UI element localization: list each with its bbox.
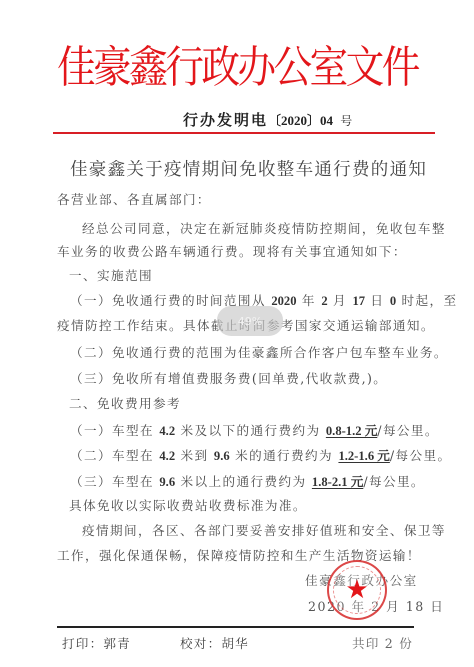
zoom-indicator: 49% — [217, 306, 283, 336]
section2-heading: 二、免收费用参考 — [69, 393, 181, 412]
doc-number-suffix: 号 — [340, 114, 354, 128]
intro-paragraph-line2: 车业务的收费公路车辆通行费。现将有关事宜通知如下： — [57, 241, 407, 260]
section1-heading: 一、实施范围 — [69, 265, 153, 284]
section1-item3: （三）免收所有增值费服务费(回单费,代收款费,)。 — [70, 368, 387, 387]
doc-number-prefix: 行办发明电 — [183, 111, 268, 129]
price-range: 1.8-2.1 元 — [312, 475, 363, 489]
official-seal: ★ — [327, 560, 387, 620]
doc-number-year: 〔2020〕04 — [268, 113, 333, 128]
org-title: 佳豪鑫行政办公室文件 — [57, 36, 381, 100]
intro-paragraph-line1: 经总公司同意，决定在新冠肺炎疫情防控期间，免收包车整 — [82, 218, 446, 237]
footer-proofreader: 校对：胡华 — [180, 633, 249, 652]
section2-item1: （一）车型在 4.2 米及以下的通行费约为 0.8-1.2 元/每公里。 — [70, 420, 439, 439]
document-number: 行办发明电〔2020〕04 号 — [183, 109, 354, 130]
section1-item2: （二）免收通行费的范围为佳豪鑫所合作客户包车整车业务。 — [70, 342, 448, 361]
section2-item3: （三）车型在 9.6 米以上的通行费约为 1.8-2.1 元/每公里。 — [70, 471, 425, 490]
footer-copies: 共印 2 份 — [352, 633, 413, 652]
closing-line1: 疫情期间，各区、各部门要妥善安排好值班和安全、保卫等 — [82, 520, 446, 539]
notice-title: 佳豪鑫关于疫情期间免收整车通行费的通知 — [70, 156, 427, 181]
section2-item2: （二）车型在 4.2 米到 9.6 米的通行费约为 1.2-1.6 元/每公里。 — [70, 445, 451, 464]
price-range: 0.8-1.2 元 — [326, 424, 377, 438]
footer-divider — [57, 626, 414, 628]
greeting: 各营业部、各直属部门： — [57, 189, 211, 208]
footer-printer: 打印：郭青 — [62, 633, 131, 652]
price-range: 1.2-1.6 元 — [338, 449, 389, 463]
seal-inner-ring — [333, 566, 381, 614]
note: 具体免收以实际收费站收费标准为准。 — [69, 495, 307, 514]
red-divider — [53, 132, 435, 134]
